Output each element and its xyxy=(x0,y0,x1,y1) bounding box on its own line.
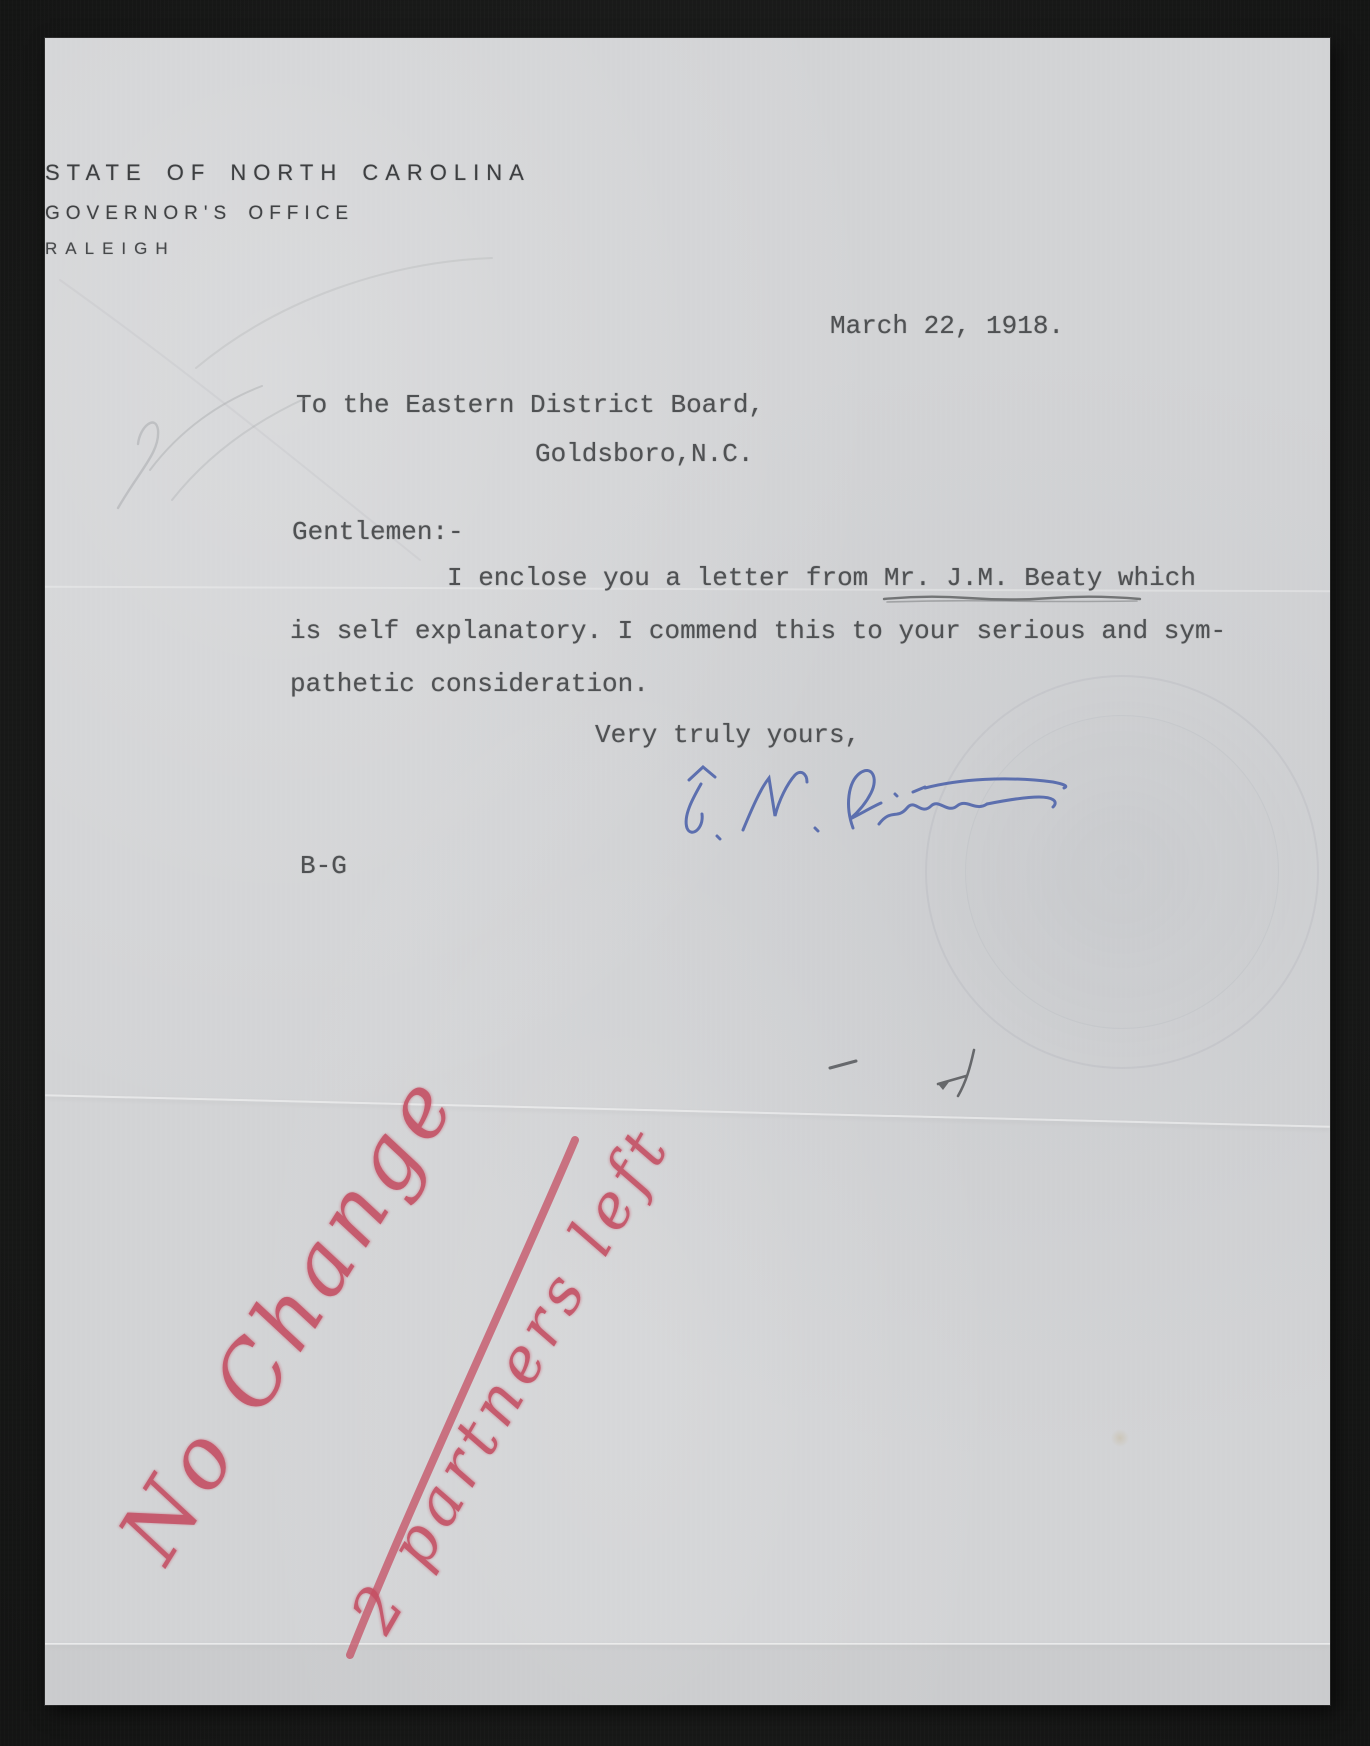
recipient-line-2: Goldsboro,N.C. xyxy=(535,441,753,467)
letterhead-state-line: STATE OF NORTH CAROLINA xyxy=(45,160,1330,186)
pencil-underline xyxy=(884,597,1140,602)
scanned-letter-page: STATE OF NORTH CAROLINA GOVERNOR'S OFFIC… xyxy=(0,0,1370,1746)
closing-line: Very truly yours, xyxy=(595,722,860,748)
paper-fold-middle xyxy=(45,1094,1330,1127)
typist-initials: B-G xyxy=(300,853,347,879)
letter-paper: STATE OF NORTH CAROLINA GOVERNOR'S OFFIC… xyxy=(45,38,1330,1705)
embossed-seal xyxy=(925,675,1319,1069)
pencil-dash-mark xyxy=(830,1061,856,1068)
paper-fold-shadow-band xyxy=(45,1643,1330,1706)
body-line-3: pathetic consideration. xyxy=(290,671,649,697)
body-line-2: is self explanatory. I commend this to y… xyxy=(290,618,1226,644)
recipient-line-1: To the Eastern District Board, xyxy=(296,392,764,418)
letterhead-city-line: RALEIGH xyxy=(45,239,1330,259)
body-line-1: I enclose you a letter from Mr. J.M. Bea… xyxy=(447,565,1196,591)
letterhead-office-line: GOVERNOR'S OFFICE xyxy=(45,203,1330,225)
signature-t-w-bickett xyxy=(655,762,1085,870)
salutation: Gentlemen:- xyxy=(292,519,464,545)
date-line: March 22, 1918. xyxy=(830,313,1064,339)
pencil-arrow-mark xyxy=(938,1050,974,1096)
